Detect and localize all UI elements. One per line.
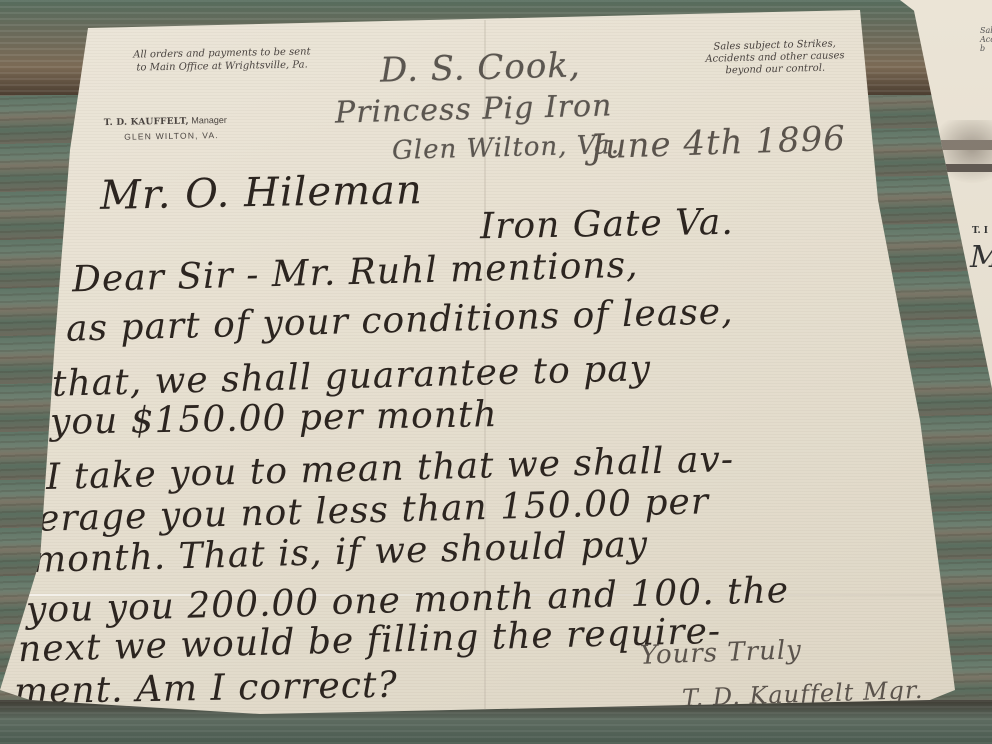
adjacent-manager-initial: T. I [972,226,988,236]
letterhead-orders-notice: All orders and payments to be sent to Ma… [112,45,332,75]
manager-location: GLEN WILTON, VA. [104,128,227,144]
letterhead-company-name: D. S. Cook, [380,45,582,90]
adjacent-letter-header: Sal Acc b [980,26,992,53]
recipient-address: Iron Gate Va. [480,202,734,247]
manager-name: T. D. KAUFFELT, [104,117,189,128]
notice-line: to Main Office at Wrightsville, Pa. [112,58,332,75]
body-line: you $150.00 per month [50,394,498,443]
body-line: Dear Sir - Mr. Ruhl mentions, [72,245,639,301]
adjacent-header-line: Acc [980,35,992,44]
letter-date: June 4th 1896 [589,119,846,168]
manager-title: Manager [191,115,227,126]
letter-sheet: All orders and payments to be sent to Ma… [0,0,992,744]
factory-engraving-illustration [940,120,992,190]
letterhead-sales-notice: Sales subject to Strikes, Accidents and … [680,38,871,79]
letterhead-manager: T. D. KAUFFELT, Manager GLEN WILTON, VA. [104,113,227,144]
adjacent-handwriting: M [970,240,992,275]
adjacent-header-line: Sal [980,26,992,35]
letterhead-product: Princess Pig Iron [335,88,613,130]
letterhead-place: Glen Wilton, Va. [392,130,621,166]
adjacent-header-line: b [980,44,992,53]
letter-closing: Yours Truly [640,635,803,671]
body-line: as part of your conditions of lease, [66,291,734,349]
recipient-name: Mr. O. Hileman [100,167,423,219]
